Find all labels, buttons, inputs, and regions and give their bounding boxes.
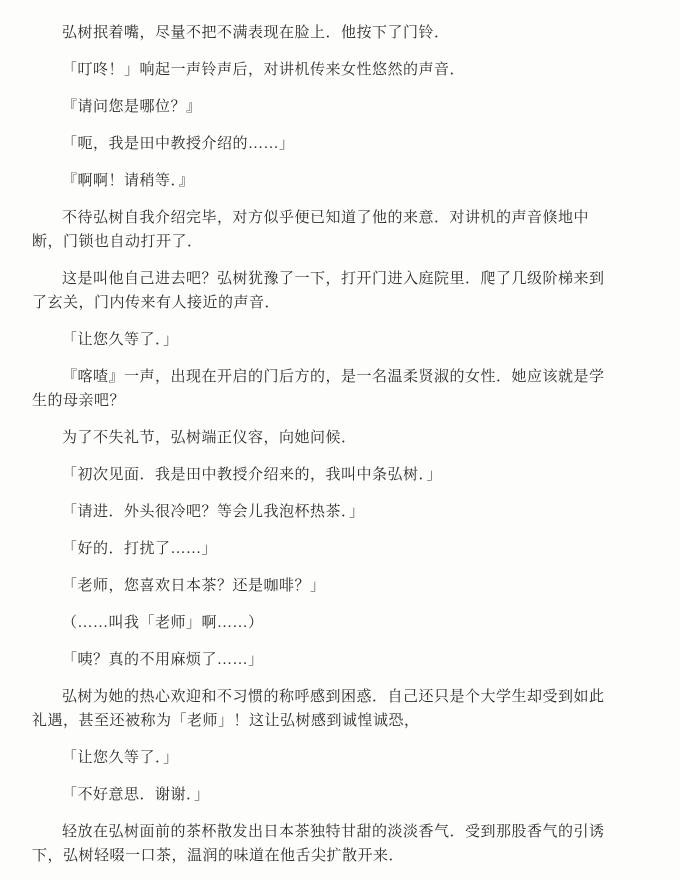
paragraph: 为了不失礼节，弘树端正仪容，向她问候．: [32, 426, 607, 450]
paragraph: （……叫我「老师」啊……）: [32, 611, 607, 635]
paragraph: 「老师，您喜欢日本茶？还是咖啡？」: [32, 574, 607, 598]
document-page: 弘树抿着嘴，尽量不把不满表现在脸上．他按下了门铃．「叮咚！」响起一声铃声后，对讲…: [0, 0, 680, 880]
paragraph: 『喀喳』一声，出现在开启的门后方的，是一名温柔贤淑的女性．她应该就是学生的母亲吧…: [32, 365, 607, 413]
paragraph: 弘树为她的热心欢迎和不习惯的称呼感到困惑．自己还只是个大学生却受到如此礼遇，甚至…: [32, 685, 607, 733]
paragraph: 「好的．打扰了……」: [32, 537, 607, 561]
paragraph: 『啊啊！请稍等．』: [32, 169, 607, 193]
paragraph: 弘树抿着嘴，尽量不把不满表现在脸上．他按下了门铃．: [32, 21, 607, 45]
paragraph: 这是叫他自己进去吧？弘树犹豫了一下，打开门进入庭院里．爬了几级阶梯来到了玄关，门…: [32, 267, 607, 315]
paragraph: 轻放在弘树面前的茶杯散发出日本茶独特甘甜的淡淡香气．受到那股香气的引诱下，弘树轻…: [32, 820, 607, 868]
paragraph: 不待弘树自我介绍完毕，对方似乎便已知道了他的来意．对讲机的声音倏地中断，门锁也自…: [32, 206, 607, 254]
paragraph: 「初次见面．我是田中教授介绍来的，我叫中条弘树．」: [32, 463, 607, 487]
novel-text-content: 弘树抿着嘴，尽量不把不满表现在脸上．他按下了门铃．「叮咚！」响起一声铃声后，对讲…: [32, 21, 607, 868]
paragraph: 「呃，我是田中教授介绍的……」: [32, 132, 607, 156]
paragraph: 「不好意思．谢谢．」: [32, 783, 607, 807]
paragraph: 「咦？真的不用麻烦了……」: [32, 648, 607, 672]
paragraph: 「请进．外头很冷吧？等会儿我泡杯热茶．」: [32, 500, 607, 524]
paragraph: 「叮咚！」响起一声铃声后，对讲机传来女性悠然的声音．: [32, 58, 607, 82]
paragraph: 『请问您是哪位？』: [32, 95, 607, 119]
paragraph: 「让您久等了．」: [32, 328, 607, 352]
paragraph: 「让您久等了．」: [32, 746, 607, 770]
